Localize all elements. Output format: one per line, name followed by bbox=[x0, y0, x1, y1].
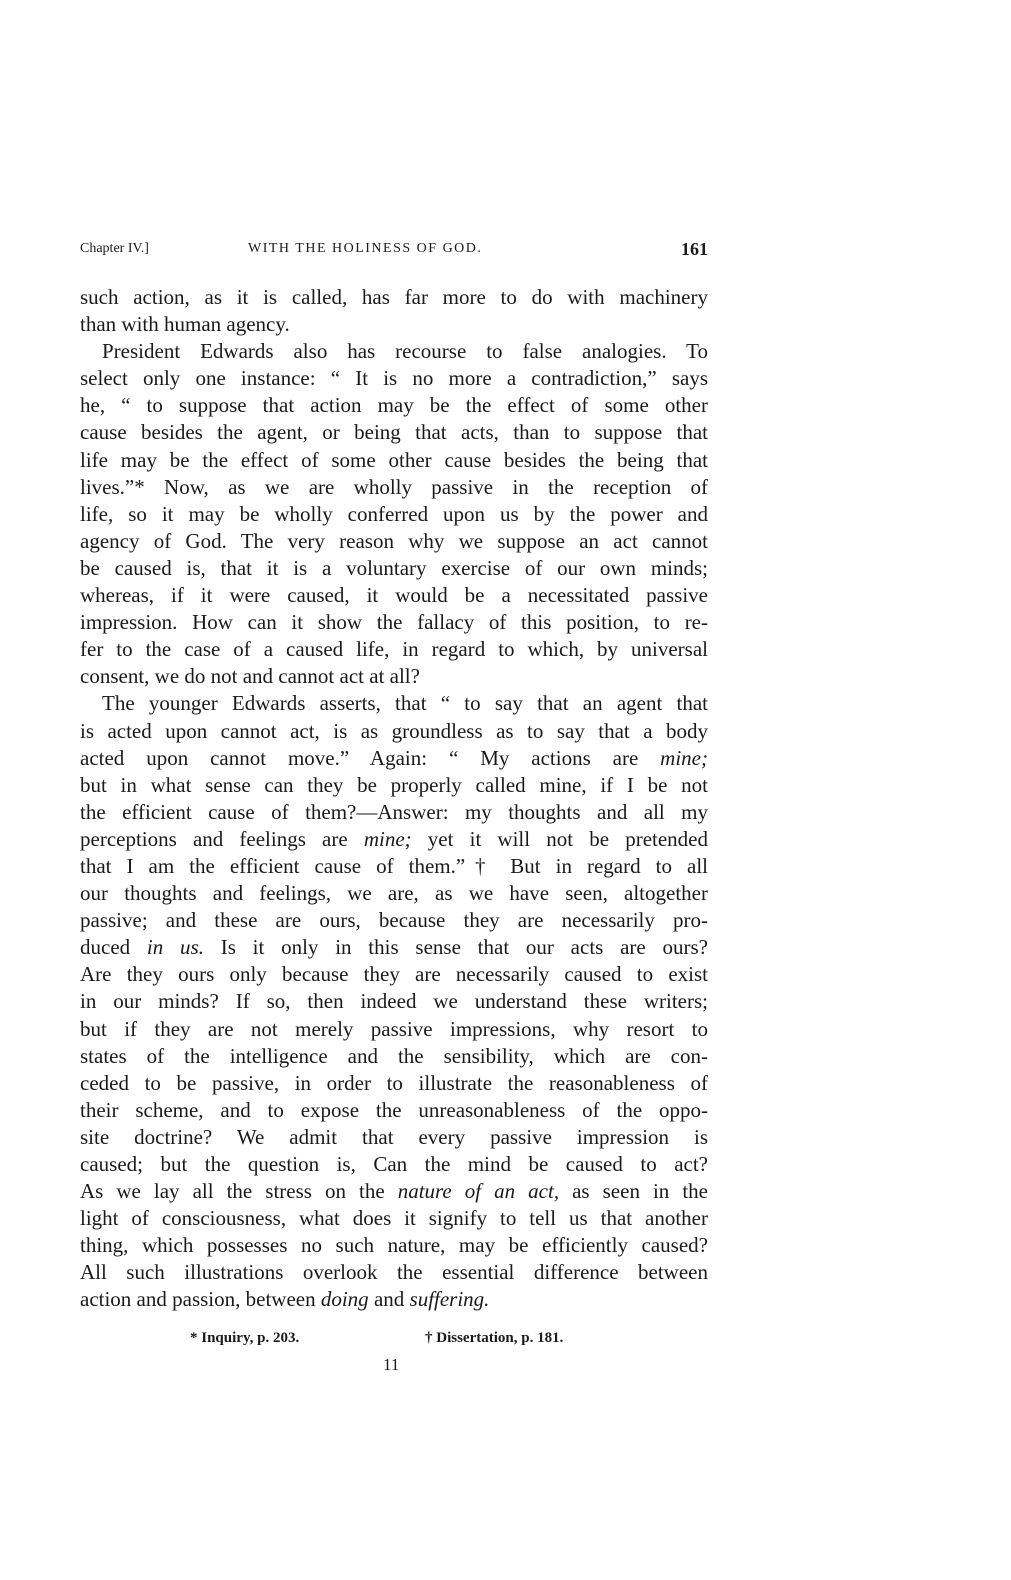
text-line: site doctrine? We admit that every passi… bbox=[80, 1124, 708, 1151]
text-line: agency of God. The very reason why we su… bbox=[80, 528, 708, 555]
text-line: passive; and these are ours, because the… bbox=[80, 907, 708, 934]
text-line: but if they are not merely passive impre… bbox=[80, 1016, 708, 1043]
text-line: life, so it may be wholly conferred upon… bbox=[80, 501, 708, 528]
text-line: whereas, if it were caused, it would be … bbox=[80, 582, 708, 609]
footnote-dagger: † Dissertation, p. 181. bbox=[425, 1330, 563, 1347]
text-line: is acted upon cannot act, is as groundle… bbox=[80, 718, 708, 745]
italic-text: in us. bbox=[147, 935, 204, 959]
text-line: states of the intelligence and the sensi… bbox=[80, 1043, 708, 1070]
italic-text: mine; bbox=[660, 746, 708, 770]
text-line: acted upon cannot move.” Again: “ My act… bbox=[80, 745, 708, 772]
text-line: thing, which possesses no such nature, m… bbox=[80, 1232, 708, 1259]
text-line: President Edwards also has recourse to f… bbox=[80, 338, 708, 365]
signature-mark: 11 bbox=[383, 1355, 399, 1375]
text-line: their scheme, and to expose the unreason… bbox=[80, 1097, 708, 1124]
text-line: cause besides the agent, or being that a… bbox=[80, 419, 708, 446]
text-line: As we lay all the stress on the nature o… bbox=[80, 1178, 708, 1205]
text-line: perceptions and feelings are mine; yet i… bbox=[80, 826, 708, 853]
text-line: ceded to be passive, in order to illustr… bbox=[80, 1070, 708, 1097]
text-line: caused; but the question is, Can the min… bbox=[80, 1151, 708, 1178]
page-number: 161 bbox=[681, 239, 708, 260]
text-line: The younger Edwards asserts, that “ to s… bbox=[80, 690, 708, 717]
book-page: Chapter IV.] WITH THE HOLINESS OF GOD. 1… bbox=[0, 0, 1011, 1580]
text-line: duced in us. Is it only in this sense th… bbox=[80, 934, 708, 961]
text-line: he, “ to suppose that action may be the … bbox=[80, 392, 708, 419]
chapter-label: Chapter IV.] bbox=[80, 241, 149, 257]
text-line: in our minds? If so, then indeed we unde… bbox=[80, 988, 708, 1015]
text-line: light of consciousness, what does it sig… bbox=[80, 1205, 708, 1232]
text-line: such action, as it is called, has far mo… bbox=[80, 284, 708, 311]
italic-text: suffering. bbox=[410, 1287, 490, 1311]
text-line: than with human agency. bbox=[80, 311, 708, 338]
italic-text: nature of an act, bbox=[398, 1179, 559, 1203]
running-title: WITH THE HOLINESS OF GOD. bbox=[248, 241, 482, 257]
text-line: that I am the efficient cause of them.”†… bbox=[80, 853, 708, 880]
text-line: be caused is, that it is a voluntary exe… bbox=[80, 555, 708, 582]
text-line: lives.”* Now, as we are wholly passive i… bbox=[80, 474, 708, 501]
running-head: Chapter IV.] WITH THE HOLINESS OF GOD. 1… bbox=[80, 241, 708, 263]
text-line: life may be the effect of some other cau… bbox=[80, 447, 708, 474]
text-line: select only one instance: “ It is no mor… bbox=[80, 365, 708, 392]
footnote-star: * Inquiry, p. 203. bbox=[190, 1330, 299, 1347]
italic-text: doing bbox=[321, 1287, 369, 1311]
italic-text: mine; bbox=[364, 827, 412, 851]
text-line: All such illustrations overlook the esse… bbox=[80, 1259, 708, 1286]
text-line: the efficient cause of them?—Answer: my … bbox=[80, 799, 708, 826]
body-text: such action, as it is called, has far mo… bbox=[80, 284, 708, 1314]
text-line: fer to the case of a caused life, in reg… bbox=[80, 636, 708, 663]
text-line: impression. How can it show the fallacy … bbox=[80, 609, 708, 636]
text-line: Are they ours only because they are nece… bbox=[80, 961, 708, 988]
text-line: our thoughts and feelings, we are, as we… bbox=[80, 880, 708, 907]
text-line: consent, we do not and cannot act at all… bbox=[80, 663, 708, 690]
text-line: action and passion, between doing and su… bbox=[80, 1286, 708, 1313]
text-line: but in what sense can they be properly c… bbox=[80, 772, 708, 799]
footnotes: * Inquiry, p. 203. † Dissertation, p. 18… bbox=[80, 1330, 708, 1350]
